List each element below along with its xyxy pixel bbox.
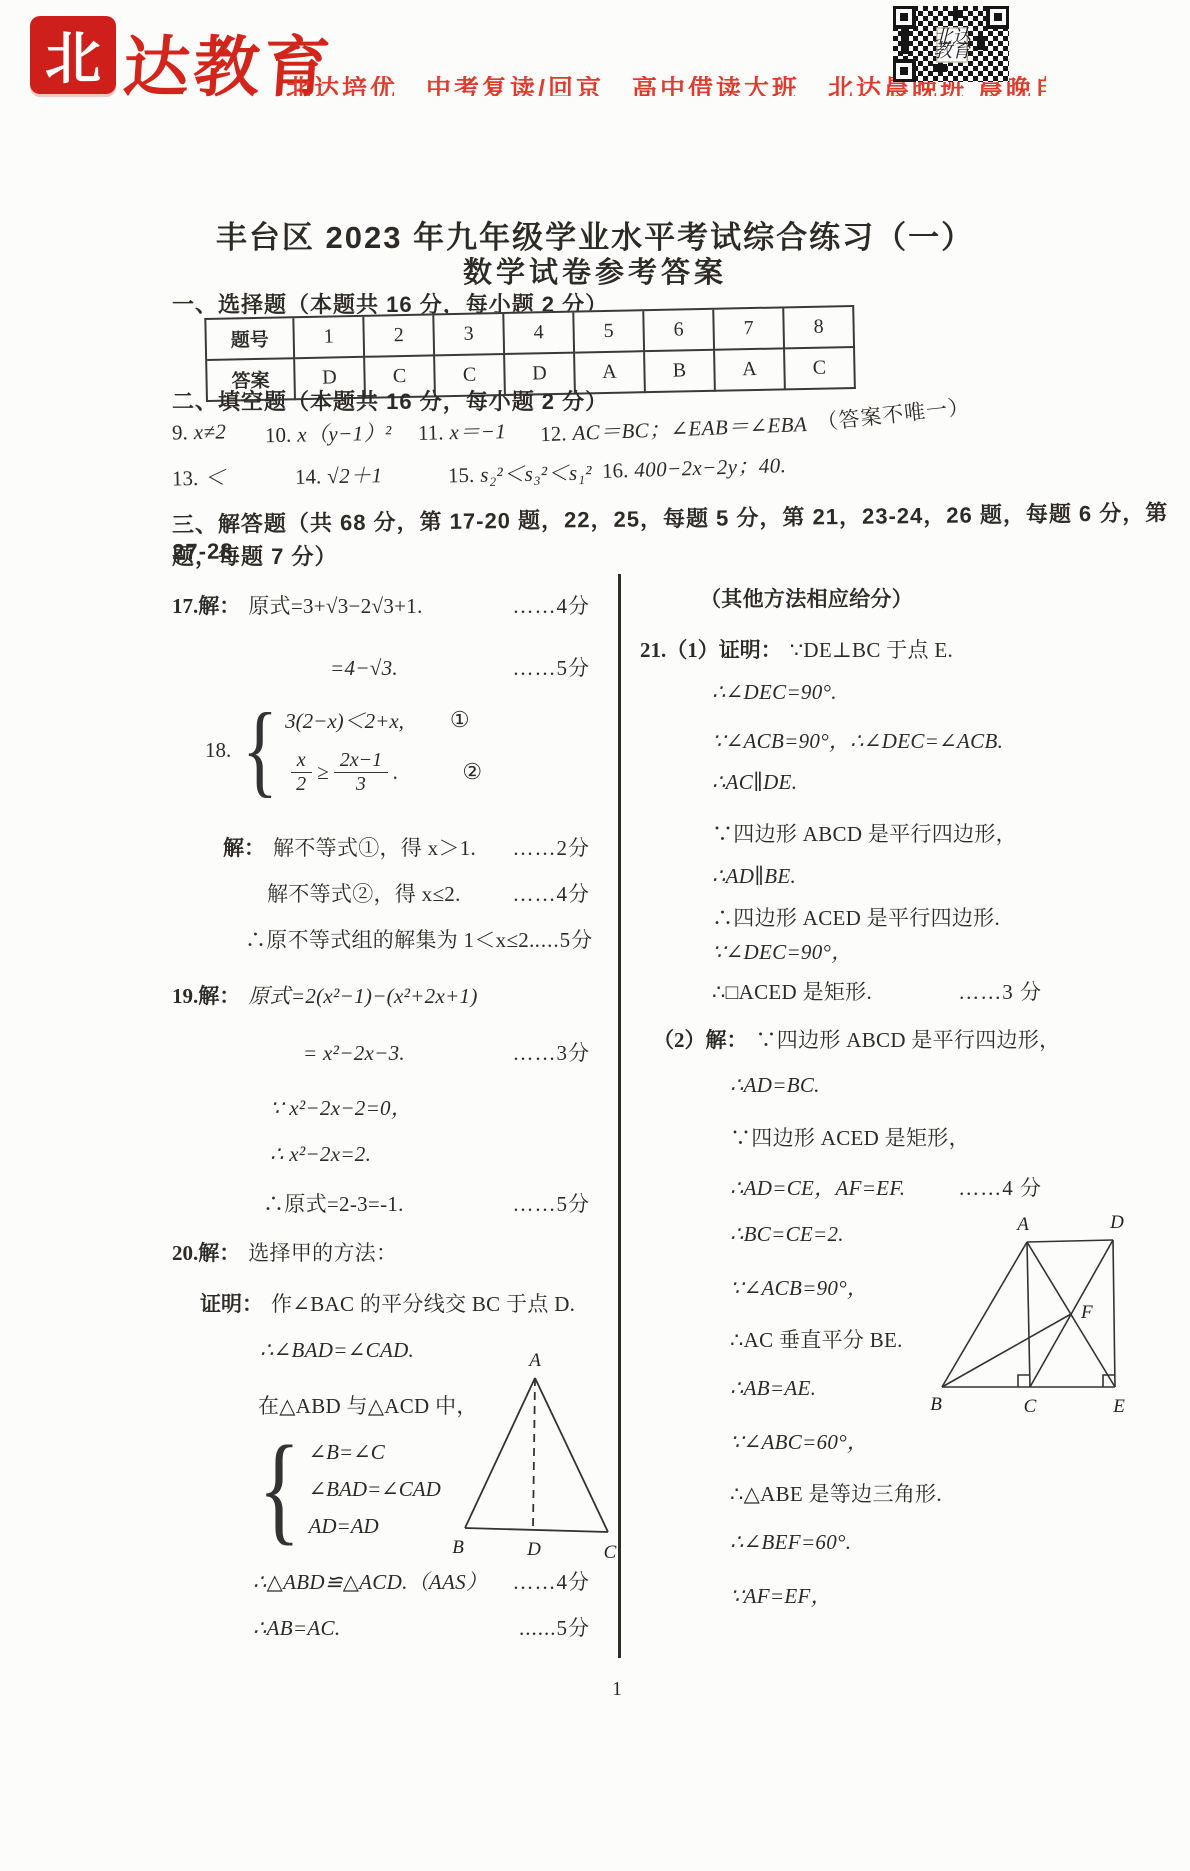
table-header-cell: 7 [714,308,785,350]
answer-value: x＝−1 [449,419,506,444]
qr-code-image: 北达 教育 [893,6,1009,82]
punctuation: . [393,760,398,785]
solution-line: ∵∠ABC=60°， [730,1426,868,1456]
score-mark: ……5分 [513,652,591,682]
line-label: 21.（1）证明： [640,634,782,664]
answer-number: 13. [172,466,199,490]
line-text: ∵四边形 ABCD 是平行四边形， [712,818,1017,848]
vertex-label-a: A [1015,1214,1029,1235]
brand-seal-character: 北 [45,15,101,95]
solution-line-19: 19.解： 原式=2(x²−1)−(x²+2x+1) [172,980,478,1010]
line-text: ∴AD∥BE. [712,864,796,889]
line-text: 在△ABD 与△ACD 中， [258,1390,478,1420]
solution-line: ∴□ACED 是矩形. ……3 分 [712,976,1042,1006]
figure-triangle-abc-with-bisector: A B D C [450,1348,625,1563]
solution-line-20: 20.解： 选择甲的方法： [172,1237,397,1267]
score-mark: ……4分 [513,590,591,620]
solution-line-20b: ∴∠BAD=∠CAD. [260,1338,414,1363]
line-text: ∴∠BEF=60°. [730,1530,851,1555]
solution-line: ∵四边形 ABCD 是平行四边形， [712,818,1017,848]
solution-line-18b: 解不等式②，得 x≤2. ……4分 [267,878,590,908]
solution-line: ∴四边形 ACED 是平行四边形. [712,902,1000,932]
line-text: ∴∠DEC=90°. [712,680,837,705]
fraction-denominator: 2 [290,773,312,795]
line-text: ∵ x²−2x−2=0， [270,1092,412,1122]
line-text: ∴原式=2-3=-1. [263,1188,404,1218]
solution-line: ∴AD∥BE. [712,864,796,889]
table-header-cell: 题号 [206,318,295,361]
table-answer-cell: B [645,351,716,393]
system-brace: { [242,698,278,802]
fill-answer-10: 10.x（y−1）² [265,417,392,449]
vertex-label-d: D [526,1539,541,1560]
line-text: = x²−2x−3. [303,1041,405,1066]
vertex-label-b: B [452,1537,464,1558]
condition-1: ∠B=∠C [309,1440,441,1465]
line-text: 原式=3+√3−2√3+1. [248,590,422,620]
solution-line-20e: ∴AB=AC. ......5分 [253,1612,590,1642]
score-mark: ……3 分 [958,976,1042,1006]
solution-line-17: 17.解： 原式=3+√3−2√3+1. ……4分 [172,590,590,620]
qr-center-label-2: 教育 [933,40,974,62]
solution-line: ∵AF=EF， [730,1580,832,1610]
condition-2: ∠BAD=∠CAD [309,1477,441,1502]
section3-heading-line2: 题，每题 7 分） [172,540,337,571]
circled-2: ② [462,759,482,785]
score-mark: ....5分 [535,924,594,954]
line-text: ∵四边形 ACED 是矩形， [730,1122,970,1152]
fraction-numerator: x [291,749,312,773]
vertex-label-e: E [1112,1396,1125,1417]
fraction-numerator: 2x−1 [334,749,388,773]
solution-line-18a: 解： 解不等式①，得 x＞1. ……2分 [223,832,590,862]
line-text: 作∠BAC 的平分线交 BC 于点 D. [271,1288,575,1318]
line-text: ∴□ACED 是矩形. [712,976,872,1006]
table-header-cell: 4 [504,313,575,355]
line-label: 18. [205,738,231,763]
table-header-cell: 2 [364,315,435,357]
score-mark: ……4 分 [958,1172,1042,1202]
inequality-1: 3(2−x)＜2+x, [285,705,404,735]
fraction-denominator: 3 [350,773,372,795]
solution-line: ∴AD=BC. [730,1073,820,1098]
vertex-label-f: F [1080,1302,1093,1323]
page-subtitle: 数学试卷参考答案 [0,250,1190,291]
page-number: 1 [612,1678,622,1701]
line-label: 20.解： [172,1237,240,1267]
line-text: ∴四边形 ACED 是平行四边形. [712,902,1000,932]
table-header-cell: 5 [574,311,645,353]
line-text: ∴△ABE 是等边三角形. [730,1478,942,1508]
solution-line-17b: =4−√3. ……5分 [330,652,590,682]
fill-answer-16: 16.400−2x−2y；40. [602,449,787,485]
solution-line: ∵四边形 ACED 是矩形， [730,1122,970,1152]
table-header-cell: 8 [784,307,855,349]
answer-number: 16. [602,458,629,483]
brand-seal-logo: 北 [30,16,116,94]
solution-line-20c: 在△ABD 与△ACD 中， [258,1390,478,1420]
solution-line: ∵∠DEC=90°， [712,936,853,966]
answer-value: 400−2x−2y；40. [634,453,787,482]
line-label: （2）解： [653,1024,748,1054]
fill-answer-11: 11.x＝−1 [418,415,507,447]
solution-line-19b: ∵ x²−2x−2=0， [270,1092,412,1122]
line-text: ∵四边形 ABCD 是平行四边形， [756,1024,1061,1054]
line-text: 解不等式②，得 x≤2. [267,878,461,908]
line-text: ∵∠ABC=60°， [730,1426,868,1456]
scanned-answer-sheet-page: 北 达教育 北达培优 中考复读/回京 高中借读大班 北达晨晚班 晨晚自习班 [0,0,1190,1871]
line-text: ∵∠DEC=90°， [712,936,853,966]
score-mark: ……4分 [513,1566,591,1596]
answer-note: （答案不唯一） [815,390,971,436]
line-text: ∴AC 垂直平分 BE. [730,1324,903,1354]
solution-line: ∴△ABE 是等边三角形. [730,1478,942,1508]
table-answer-cell: A [715,349,786,391]
score-mark: ......5分 [519,1612,590,1642]
fill-answer-13: 13.＜ [172,461,226,492]
score-mark: ……4分 [513,878,591,908]
line-text: ∵DE⊥BC 于点 E. [790,634,953,664]
answer-number: 15. [448,463,475,487]
solution-line-19c: ∴ x²−2x=2. [270,1142,371,1167]
vertex-label-c: C [1024,1396,1037,1417]
solution-line: ∵∠ACB=90°， [730,1272,868,1302]
line-text: ∴AB=AC. [253,1616,340,1641]
answer-number: 11. [418,420,444,444]
answer-number: 14. [295,464,322,488]
solution-line: ∴AC∥DE. [712,770,797,795]
circled-1: ① [450,707,470,733]
answer-number: 9. [172,420,188,444]
answer-value: x（y−1）² [297,421,392,447]
answer-value: s₂²＜s₃²＜s₁² [480,461,592,487]
line-text: ∴BC=CE=2. [730,1222,844,1247]
solution-line: ∴∠BEF=60°. [730,1530,851,1555]
score-mark: ……3分 [513,1037,591,1067]
qr-code: 北达 教育 [893,6,1009,82]
line-text: ∵AF=EF， [730,1580,832,1610]
solution-line-21-1: 21.（1）证明： ∵DE⊥BC 于点 E. [640,634,953,664]
condition-3: AD=AD [309,1514,441,1539]
line-text: 解不等式①，得 x＞1. [273,832,476,862]
solution-line-21-2: （2）解： ∵四边形 ABCD 是平行四边形， [653,1024,1060,1054]
solution-line-20a: 证明： 作∠BAC 的平分线交 BC 于点 D. [200,1288,575,1318]
vertex-label-c: C [604,1542,617,1563]
line-label: 证明： [200,1288,263,1318]
solution-line: ∴BC=CE=2. [730,1222,844,1247]
fill-answer-15: 15.s₂²＜s₃²＜s₁² [448,457,593,490]
line-text: ∴ x²−2x=2. [270,1142,371,1167]
solution-line: ∴∠DEC=90°. [712,680,837,705]
line-text: ∵∠ACB=90°，∴∠DEC=∠ACB. [712,725,1003,755]
solution-line: ∴AC 垂直平分 BE. [730,1324,903,1354]
solution-line-19a: = x²−2x−3. ……3分 [303,1037,590,1067]
line-text: 选择甲的方法： [248,1237,397,1267]
answer-value: x≠2 [194,419,227,444]
answer-value: √2＋1 [327,463,383,488]
line-text: ∴∠BAD=∠CAD. [260,1338,414,1363]
answer-value: AC＝BC；∠EAB＝∠EBA [572,412,808,445]
solution-line: ∴AD=CE，AF=EF. ……4 分 [730,1172,1042,1202]
score-mark: ……5分 [513,1188,591,1218]
answer-number: 12. [540,421,567,446]
line-text: 原式=2(x²−1)−(x²+2x+1) [248,980,477,1010]
table-header-cell: 6 [644,310,715,352]
relation-symbol: ≥ [317,760,329,785]
line-text: =4−√3. [330,656,398,681]
figure-parallelogram-abcd-rectangle-aced: A D B C E F [930,1212,1140,1422]
table-answer-cell: C [785,348,856,390]
vertex-label-b: B [930,1394,942,1415]
line-label: 解： [223,832,265,862]
solution-line: ∵∠ACB=90°，∴∠DEC=∠ACB. [712,725,1003,755]
solution-line-18c: ∴原不等式组的解集为 1＜x≤2. ....5分 [245,924,590,954]
line-text: ∴AB=AE. [730,1376,816,1401]
inequality-system-18: 18. { 3(2−x)＜2+x, ① x2 ≥ 2x−13 . ② [205,698,482,802]
score-mark: ……2分 [513,832,591,862]
line-text: ∴△ABD≌△ACD.（AAS） [253,1566,487,1596]
solution-line-19d: ∴原式=2-3=-1. ……5分 [263,1188,590,1218]
answer-number: 10. [265,423,292,447]
line-text: ∴原不等式组的解集为 1＜x≤2. [245,924,535,954]
line-text: ∴AD=BC. [730,1073,820,1098]
line-label: 19.解： [172,980,240,1010]
congruence-conditions-system-20: { ∠B=∠C ∠BAD=∠CAD AD=AD [250,1428,441,1550]
line-text: （其他方法相应给分） [700,583,913,613]
line-text: ∵∠ACB=90°， [730,1272,868,1302]
line-text: ∴AD=CE，AF=EF. [730,1172,905,1202]
table-header-cell: 1 [294,317,365,359]
fill-answer-9: 9.x≠2 [172,419,227,445]
line-label: 17.解： [172,590,240,620]
vertex-label-d: D [1109,1212,1124,1233]
line-text: ∴AC∥DE. [712,770,797,795]
solution-line-20d: ∴△ABD≌△ACD.（AAS） ……4分 [253,1566,590,1596]
grading-note: （其他方法相应给分） [700,583,913,613]
solution-line: ∴AB=AE. [730,1376,816,1401]
section2-heading: 二、填空题（本题共 16 分，每小题 2 分） [172,385,608,416]
vertex-label-a: A [527,1350,541,1371]
system-brace: { [258,1428,300,1550]
answer-value: ＜ [204,465,226,489]
table-header-cell: 3 [434,314,505,356]
fill-answer-14: 14.√2＋1 [295,459,383,491]
